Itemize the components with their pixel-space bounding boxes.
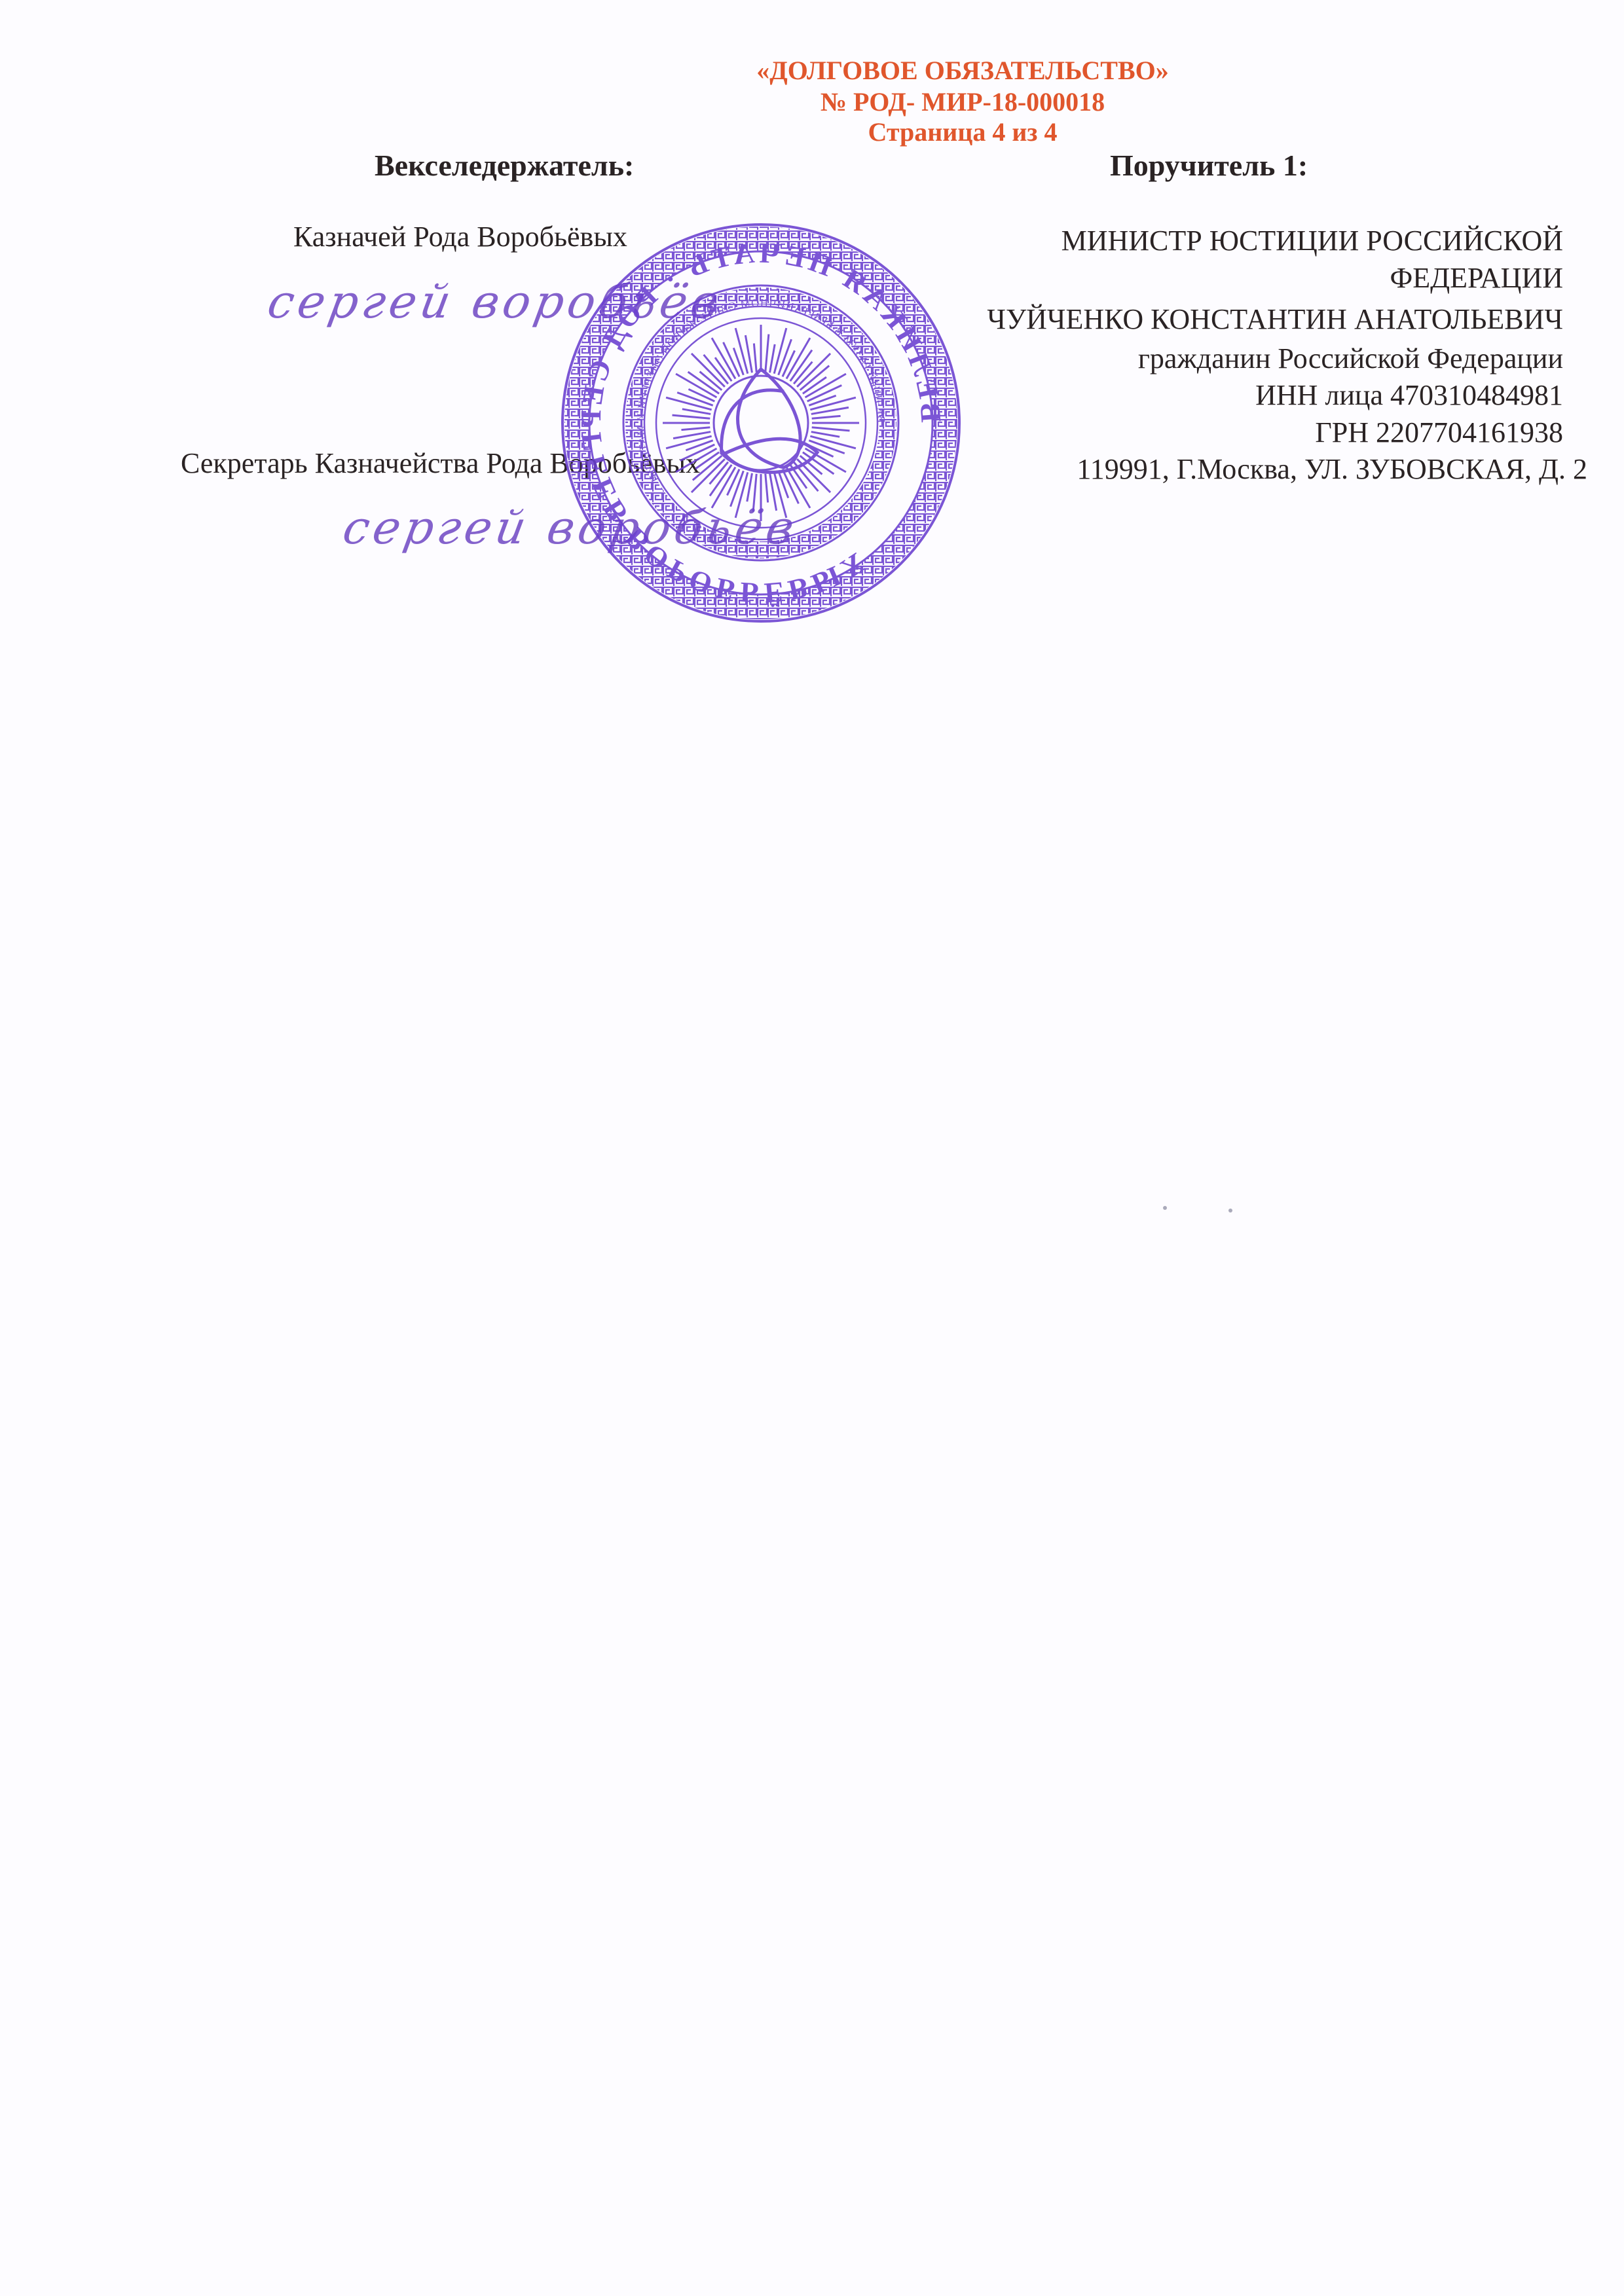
guarantor-grn: ГРН 2207704161938: [1315, 414, 1563, 451]
document-number: № РОД- МИР-18-000018: [151, 86, 1624, 118]
guarantor-heading: Поручитель 1:: [1110, 148, 1308, 183]
guarantor-address: 119991, Г.Москва, УЛ. ЗУБОВСКАЯ, Д. 2: [1077, 451, 1587, 488]
guarantor-citizenship: гражданин Российской Федерации: [1138, 340, 1563, 377]
page-indicator: Страница 4 из 4: [151, 117, 1624, 148]
guarantor-inn: ИНН лица 470310484981: [1255, 377, 1563, 414]
guarantor-name: ЧУЙЧЕНКО КОНСТАНТИН АНАТОЛЬЕВИЧ: [987, 301, 1563, 338]
scan-speck: [1228, 1209, 1232, 1212]
holder-heading: Векселедержатель:: [375, 148, 634, 183]
scan-speck: [1163, 1206, 1167, 1210]
guarantor-position: МИНИСТР ЮСТИЦИИ РОССИЙСКОЙ: [1061, 223, 1563, 259]
seal-stamp-icon: ВЕЛИКАЯ ПЕЧАТЬ · РОД СЕРГЕЕВ ВОРОБЬЁВЫХ …: [558, 220, 964, 626]
guarantor-position-cont: ФЕДЕРАЦИИ: [1390, 260, 1563, 297]
document-title: «ДОЛГОВОЕ ОБЯЗАТЕЛЬСТВО»: [151, 55, 1624, 86]
